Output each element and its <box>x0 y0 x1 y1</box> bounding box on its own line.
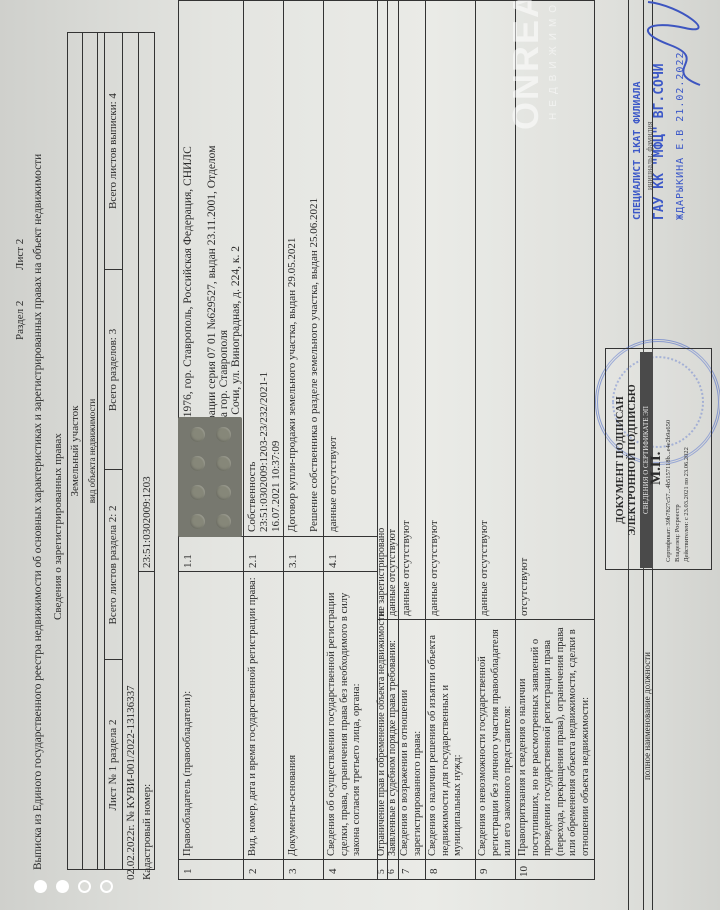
row-6-value: данные отсутствуют <box>387 529 398 616</box>
extract-document: Раздел 2 Лист 2 Выписка из Единого госуд… <box>0 0 720 910</box>
row-10-label: Правопритязания и сведения о наличии пос… <box>517 620 592 856</box>
document-title: Выписка из Единого государственного реес… <box>32 154 44 870</box>
row-8-number: 8 <box>428 869 440 875</box>
row-2-value-line: 16.07.2021 10:37:09 <box>270 441 282 532</box>
row-8-label: Сведения о наличии решения об изъятии об… <box>427 624 465 856</box>
handwritten-signature <box>640 0 720 90</box>
row-7-value: данные отсутствуют <box>400 520 412 616</box>
object-type-caption: вид объекта недвижимости <box>86 32 98 870</box>
object-type: Земельный участок <box>69 32 81 870</box>
cert-line: Сертификат: 39b7827c57...4b5157118b...e4… <box>664 420 673 562</box>
owner-line: Владелец: Росреестр <box>673 504 682 562</box>
row-4-value: данные отсутствуют <box>327 436 339 532</box>
row-7-label: Сведения о возражении в отношении зареги… <box>399 626 424 856</box>
row-8-value: данные отсутствуют <box>428 520 440 616</box>
section-label: Раздел 2 <box>14 301 26 340</box>
total-sheets-section: Всего листов раздела 2: 2 <box>107 470 119 660</box>
row-4-label: Сведения об осуществлении государственно… <box>326 576 364 856</box>
sheet-of-section: Лист № 1 раздела 2 <box>107 660 119 870</box>
row-2-label: Вид, номер, дата и время государственной… <box>247 576 260 856</box>
position-caption: полное наименование должности <box>643 652 652 780</box>
row-5-label: Ограничение прав и обременение объекта н… <box>377 609 387 856</box>
row-1-sub: 1.1 <box>182 554 194 568</box>
redaction-overlay <box>178 417 242 537</box>
row-3-number: 3 <box>287 869 299 875</box>
cadastral-label: Кадастровый номер: <box>141 784 153 880</box>
pager-dot-1[interactable] <box>34 880 47 893</box>
row-5-value: не зарегистрировано <box>377 528 387 616</box>
stamp-line-1: СПЕЦИАЛИСТ 1КАТ ФИЛИАЛА <box>632 82 643 220</box>
row-7-number: 7 <box>400 869 412 875</box>
row-3-value-line: Договор купли-продажи земельного участка… <box>286 238 298 532</box>
row-5-number: 5 <box>377 869 387 874</box>
total-sections: Всего разделов: 3 <box>107 270 119 470</box>
row-2-value-line: Собственность <box>246 462 258 532</box>
row-9-value: данные отсутствуют <box>478 520 490 616</box>
row-6-label: Заявленные в судебном порядке права треб… <box>387 640 398 856</box>
row-10-value: отсутствуют <box>518 558 530 616</box>
row-10-number: 10 <box>518 866 530 877</box>
valid-line: Действителен: с 23.03.2021 по 23.06.2022 <box>682 447 691 562</box>
signed-title-1: ДОКУМЕНТ ПОДПИСАН <box>615 350 627 570</box>
row-2-sub: 2.1 <box>247 554 259 568</box>
row-1-value-line: 09.10.1976, гор. Ставрополь, Российская … <box>182 146 194 446</box>
total-sheets-extract: Всего листов выписки: 4 <box>107 32 119 270</box>
row-9-number: 9 <box>478 869 490 875</box>
row-2-value-line: 23:51:0302009:1203-23/232/2021-1 <box>258 372 270 532</box>
row-6-number: 6 <box>387 869 398 874</box>
row-1-value-line: Федерации серия 07 01 №629527, выдан 23.… <box>206 146 218 446</box>
cadastral-number: 23:51:0302009:1203 <box>141 476 153 568</box>
watermark-subtitle: НЕДВИЖИМОСТЬ <box>548 0 559 120</box>
mp-label: М.П. <box>648 452 665 485</box>
document-subtitle: Сведения о зарегистрированных правах <box>52 433 64 620</box>
row-1-label: Правообладатель (правообладатели): <box>182 576 195 856</box>
row-3-label: Документы-основания <box>287 576 300 856</box>
pager-dot-2[interactable] <box>56 880 69 893</box>
gallery-pager <box>34 880 113 893</box>
row-1-number: 1 <box>182 869 194 875</box>
row-2-number: 2 <box>247 869 259 875</box>
date-number: 02.02.2022г. № КУВИ-001/2022-13136337 <box>125 685 137 880</box>
watermark-logo: ONREALT <box>505 0 547 130</box>
pager-dot-3[interactable] <box>78 880 91 893</box>
signed-title-2: ЭЛЕКТРОННОЙ ПОДПИСЬЮ <box>627 350 639 570</box>
pager-dot-4[interactable] <box>100 880 113 893</box>
row-4-sub: 4.1 <box>327 554 339 568</box>
sheet-label: Лист 2 <box>14 239 26 270</box>
row-9-label: Сведения о невозможности государственной… <box>477 620 515 856</box>
row-3-sub: 3.1 <box>287 554 299 568</box>
row-3-value-line: Решение собственника о разделе земельног… <box>308 198 320 532</box>
row-4-number: 4 <box>327 869 339 875</box>
